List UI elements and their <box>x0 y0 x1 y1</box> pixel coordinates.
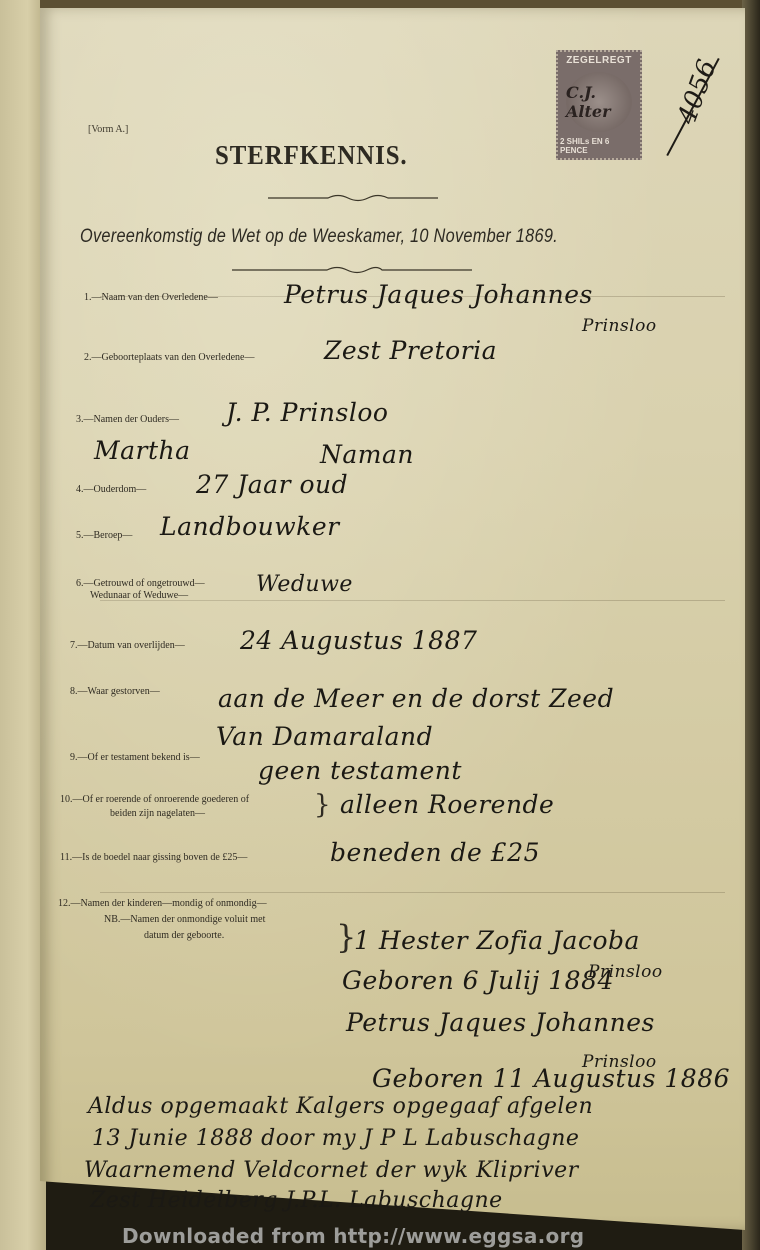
watermark: Downloaded from http://www.eggsa.org <box>122 1224 584 1248</box>
field-value-date-of-death: 24 Augustus 1887 <box>240 626 477 655</box>
field-label-marital-status-1: 6.—Getrouwd of ongetrouwd— <box>76 578 205 590</box>
field-label-occupation: 5.—Beroep— <box>76 530 132 542</box>
child-entry: Petrus Jaques Johannes <box>346 1008 655 1037</box>
field-value-birthplace: Zest Pretoria <box>324 336 497 365</box>
field-value-testament: geen testament <box>258 756 462 785</box>
field-label-name: 1.—Naam van den Overledene— <box>84 292 218 304</box>
closing-note: Zest Heidelberg J.P.L. Labuschagne <box>90 1188 503 1213</box>
field-label-parents: 3.—Namen der Ouders— <box>76 414 179 426</box>
closing-note: Waarnemend Veldcornet der wyk Klipriver <box>84 1158 579 1183</box>
ornament-divider-icon <box>268 190 438 200</box>
field-label-age: 4.—Ouderdom— <box>76 484 146 496</box>
field-label-testament: 9.—Of er testament bekend is— <box>70 752 200 764</box>
fold-line <box>100 600 725 601</box>
field-label-children-3: datum der geboorte. <box>144 930 224 942</box>
field-label-estate-value: 11.—Is de boedel naar gissing boven de £… <box>60 852 247 864</box>
field-label-birthplace: 2.—Geboorteplaats van den Overledene— <box>84 352 255 364</box>
stamp-signature: C.J. Alter <box>566 72 632 132</box>
closing-note: 13 Junie 1888 door my J P L Labuschagne <box>92 1126 579 1151</box>
field-label-goods-1: 10.—Of er roerende of onroerende goedere… <box>60 794 249 806</box>
field-value-estate-value: beneden de £25 <box>330 838 540 867</box>
brace-icon: } <box>314 790 331 820</box>
form-label: [Vorm A.] <box>88 124 128 135</box>
field-value-surname: Prinsloo <box>582 316 657 336</box>
stamp-top-text: ZEGELREGT <box>566 55 632 66</box>
field-value-name: Petrus Jaques Johannes <box>284 280 593 309</box>
field-value-place-of-death: aan de Meer en de dorst Zeed <box>218 684 614 713</box>
field-value-age: 27 Jaar oud <box>196 470 348 499</box>
page-title: STERFKENNIS. <box>215 140 408 171</box>
field-value-mother-surname: Naman <box>320 440 414 469</box>
child-entry-birth: Geboren 11 Augustus 1886 <box>372 1064 730 1093</box>
field-label-goods-2: beiden zijn nagelaten— <box>110 808 205 820</box>
revenue-stamp: ZEGELREGT C.J. Alter 2 SHILs EN 6 PENCE <box>556 50 642 160</box>
child-entry-birth: Geboren 6 Julij 1884 <box>342 966 614 995</box>
field-label-marital-status-2: Wedunaar of Weduwe— <box>90 590 188 602</box>
subtitle: Overeenkomstig de Wet op de Weeskamer, 1… <box>80 226 558 248</box>
field-label-children-1: 12.—Namen der kinderen—mondig of onmondi… <box>58 898 267 910</box>
field-value-goods: alleen Roerende <box>340 790 554 819</box>
stamp-bottom-text: 2 SHILs EN 6 PENCE <box>560 137 638 155</box>
field-value-occupation: Landbouwker <box>160 512 340 541</box>
closing-note: Aldus opgemaakt Kalgers opgegaaf afgelen <box>88 1094 593 1119</box>
field-label-children-2: NB.—Namen der onmondige voluit met <box>104 914 265 926</box>
ornament-divider-icon <box>232 262 472 272</box>
field-value-father: J. P. Prinsloo <box>226 398 388 427</box>
child-entry: 1 Hester Zofia Jacoba <box>354 926 640 955</box>
field-label-place-of-death: 8.—Waar gestorven— <box>70 686 160 698</box>
field-value-marital-status: Weduwe <box>256 572 353 597</box>
fold-line <box>100 892 725 893</box>
field-value-mother: Martha <box>94 436 191 465</box>
field-label-date-of-death: 7.—Datum van overlijden— <box>70 640 185 652</box>
book-left-page <box>0 0 46 1250</box>
field-value-place-of-death-2: Van Damaraland <box>216 722 433 751</box>
